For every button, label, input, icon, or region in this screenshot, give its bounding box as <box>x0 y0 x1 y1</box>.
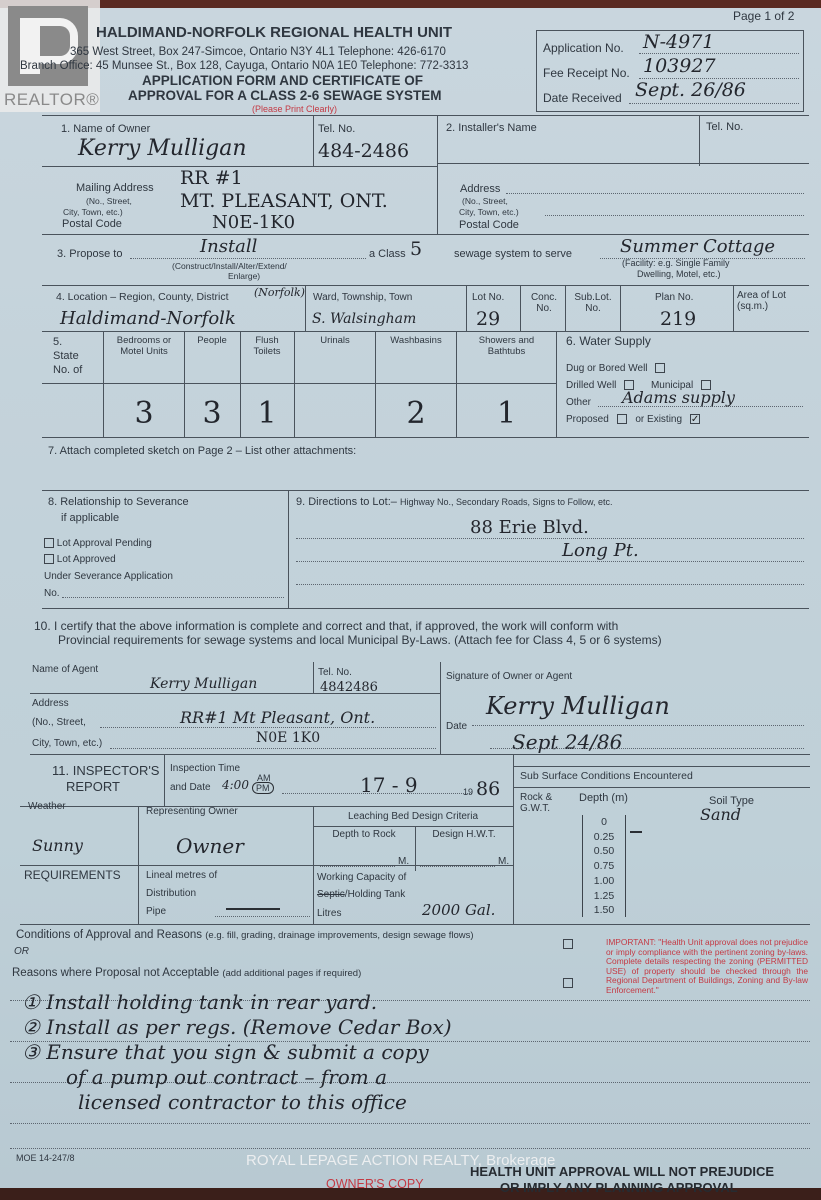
depth-tick-0: 0 <box>583 815 625 830</box>
propose-label: 3. Propose to <box>57 248 122 260</box>
showers-value[interactable]: 1 <box>459 396 554 431</box>
other-label: Other <box>566 397 591 408</box>
holding-tank-label: /Holding Tank <box>345 889 405 900</box>
agent-address-line1 <box>100 727 436 728</box>
owner-name-label: 1. Name of Owner <box>61 123 150 135</box>
depth-tick-075: 0.75 <box>583 859 625 874</box>
flush-toilets-label: Flush Toilets <box>243 335 291 357</box>
state-label: 5. State No. of <box>53 335 82 377</box>
main-address: 365 West Street, Box 247-Simcoe, Ontario… <box>70 46 446 58</box>
date-received-label: Date Received <box>543 91 622 105</box>
mailing-address-hint2: City, Town, etc.) <box>63 207 123 217</box>
depth-tick-100: 1.00 <box>583 874 625 889</box>
form-title-line2: APPROVAL FOR A CLASS 2-6 SEWAGE SYSTEM <box>128 88 442 103</box>
facility-hint1: (Facility: e.g. Single Family <box>622 258 730 268</box>
page-number: Page 1 of 2 <box>733 9 794 23</box>
under-severance-label: Under Severance Application <box>44 571 173 582</box>
depth-scale: 0 0.25 0.50 0.75 1.00 1.25 1.50 <box>583 815 625 918</box>
application-no-label: Application No. <box>543 41 624 55</box>
owner-tel-value[interactable]: 484-2486 <box>318 140 409 162</box>
agent-address-line2 <box>110 748 436 749</box>
agent-address-value1[interactable]: RR#1 Mt Pleasant, Ont. <box>180 708 375 727</box>
soil-type-value[interactable]: Sand <box>700 805 741 824</box>
conditions-approval-label: Conditions of Approval and Reasons (e.g.… <box>16 929 474 941</box>
lot-no-value[interactable]: 29 <box>476 308 500 330</box>
agent-address-hint2: City, Town, etc.) <box>32 738 102 749</box>
directions-line1[interactable] <box>296 538 804 539</box>
inspector-report-line1: 11. INSPECTOR'S <box>52 763 159 779</box>
litres-label: Litres <box>317 908 341 919</box>
serve-label: sewage system to serve <box>454 248 572 260</box>
installer-address-label: Address <box>460 183 500 195</box>
lineal-metres-line[interactable] <box>215 916 310 917</box>
dug-well-label: Dug or Bored Well <box>566 363 648 374</box>
application-no-line <box>639 53 799 54</box>
proposed-existing-option: Proposed or Existing <box>566 414 700 425</box>
depth-tick-125: 1.25 <box>583 889 625 904</box>
agent-address-label: Address <box>32 698 69 709</box>
class-value[interactable]: 5 <box>410 238 422 260</box>
weather-label: Weather <box>28 801 66 812</box>
ward-value[interactable]: S. Walsingham <box>312 311 416 327</box>
inspector-report-line2: REPORT <box>52 779 159 795</box>
or-label: OR <box>14 946 29 957</box>
signature-value[interactable]: Kerry Mulligan <box>486 692 670 720</box>
signature-line <box>472 725 804 726</box>
postal-code-value[interactable]: N0E-1K0 <box>212 212 295 233</box>
important-notice: IMPORTANT: "Health Unit approval does no… <box>606 938 808 995</box>
reasons-not-acceptable-checkbox[interactable] <box>563 978 573 988</box>
office-use-box: Application No. N-4971 Fee Receipt No. 1… <box>536 30 804 112</box>
agent-address-hint1: (No., Street, <box>32 717 86 728</box>
severance-label-line1: 8. Relationship to Severance <box>48 494 189 510</box>
owners-copy-label: OWNER'S COPY <box>326 1177 424 1191</box>
mailing-address-label: Mailing Address <box>76 182 154 194</box>
depth-tick-150: 1.50 <box>583 903 625 918</box>
plan-no-label: Plan No. <box>655 292 693 303</box>
org-name: HALDIMAND-NORFOLK REGIONAL HEALTH UNIT <box>96 24 452 41</box>
lineal-metres-label2: Distribution <box>146 888 196 899</box>
lineal-metres-value-dash <box>226 908 280 910</box>
note-3-cont1: of a pump out contract – from a <box>22 1065 452 1090</box>
notes-line4 <box>10 1123 810 1124</box>
people-label: People <box>186 335 238 346</box>
propose-hint2: Enlarge) <box>228 271 260 281</box>
agent-name-label: Name of Agent <box>32 664 98 675</box>
depth-tick-025: 0.25 <box>583 830 625 845</box>
certification-line2: Provincial requirements for sewage syste… <box>58 633 662 647</box>
lot-approved-label: Lot Approved <box>57 554 116 565</box>
severance-label-line2: if applicable <box>48 510 189 526</box>
installer-name-label: 2. Installer's Name <box>446 122 537 134</box>
depth-scale-right <box>625 815 626 917</box>
depth-tick-050: 0.50 <box>583 844 625 859</box>
branch-address: Branch Office: 45 Munsee St., Box 128, C… <box>20 60 468 72</box>
fee-receipt-label: Fee Receipt No. <box>543 66 630 80</box>
lineal-metres-label1: Lineal metres of <box>146 870 217 881</box>
disclaimer-line1: HEALTH UNIT APPROVAL WILL NOT PREJUDICE <box>470 1164 774 1179</box>
form-title-line1: APPLICATION FORM AND CERTIFICATE OF <box>142 73 423 88</box>
conditions-approval-text: Conditions of Approval and Reasons <box>16 929 202 941</box>
depth-to-rock-label: Depth to Rock <box>313 829 415 840</box>
design-hwt-line[interactable] <box>420 866 495 867</box>
representing-owner-value[interactable]: Owner <box>176 834 244 858</box>
inspection-date-label: and Date <box>170 782 211 793</box>
leaching-bed-label: Leaching Bed Design Criteria <box>313 811 513 822</box>
form-code: MOE 14-247/8 <box>16 1153 75 1163</box>
attachments-label: 7. Attach completed sketch on Page 2 – L… <box>48 445 356 457</box>
location-label: 4. Location – Region, County, District <box>56 291 229 303</box>
installer-tel-label: Tel. No. <box>706 121 743 133</box>
agent-tel-label: Tel. No. <box>318 667 352 678</box>
reasons-not-acceptable-label: Reasons where Proposal not Acceptable (a… <box>12 967 361 979</box>
notes-line5 <box>10 1148 810 1149</box>
facility-hint2: Dwelling, Motel, etc.) <box>637 269 721 279</box>
propose-line <box>130 258 366 259</box>
postal-code-label: Postal Code <box>62 218 122 230</box>
directions-line3[interactable] <box>296 584 804 585</box>
pm-label-circled: PM <box>252 782 274 794</box>
class-label: a Class <box>369 248 406 260</box>
realtor-logo-text: REALTOR® <box>4 90 99 110</box>
flush-toilets-value[interactable]: 1 <box>243 396 291 431</box>
area-of-lot-label: Area of Lot (sq.m.) <box>737 290 807 312</box>
capacity-label2: Septic/Holding Tank <box>317 889 405 900</box>
rock-gwt-label: Rock & G.W.T. <box>520 792 552 814</box>
capacity-value[interactable]: 2000 Gal. <box>422 901 495 919</box>
urinals-label: Urinals <box>297 335 373 346</box>
other-value[interactable]: Adams supply <box>622 388 735 407</box>
installer-city-line[interactable] <box>545 215 804 216</box>
severance-no-label: No. <box>44 588 60 599</box>
depth-to-rock-line[interactable] <box>320 866 395 867</box>
state-label-line3: No. of <box>53 363 82 377</box>
proposed-checkbox[interactable] <box>617 414 627 424</box>
location-district-note: (Norfolk) <box>254 286 305 299</box>
owner-name-value[interactable]: Kerry Mulligan <box>78 136 247 161</box>
representing-owner-label: Representing Owner <box>146 806 238 817</box>
sublot-no-label: Sub.Lot. No. <box>569 292 617 314</box>
lot-approval-pending-label: Lot Approval Pending <box>57 538 152 549</box>
bedrooms-label: Bedrooms or Motel Units <box>106 335 182 357</box>
rock-gwt-line2: G.W.T. <box>520 803 552 814</box>
agent-address-value2[interactable]: N0E 1K0 <box>256 730 320 746</box>
directions-value2: Long Pt. <box>562 540 639 561</box>
severance-label: 8. Relationship to Severance if applicab… <box>48 494 189 526</box>
installer-address-hint1: (No., Street, <box>462 196 508 206</box>
water-supply-label: 6. Water Supply <box>566 334 651 348</box>
date-received-value: Sept. 26/86 <box>635 79 746 101</box>
note-3: ③ Ensure that you sign & submit a copy <box>22 1040 452 1065</box>
state-label-line1: 5. <box>53 335 82 349</box>
lineal-metres-label3: Pipe <box>146 906 166 917</box>
agent-date-label: Date <box>446 721 467 732</box>
agent-date-line <box>490 748 804 749</box>
lot-approved-checkbox[interactable] <box>44 554 54 564</box>
agent-tel-value[interactable]: 4842486 <box>320 680 378 695</box>
form-subtitle: (Please Print Clearly) <box>252 104 337 114</box>
inspection-date-value[interactable]: 17 - 9 <box>360 773 418 797</box>
design-hwt-unit: M. <box>498 856 509 867</box>
lot-approved-option: Lot Approved <box>44 554 116 565</box>
agent-date-value[interactable]: Sept 24/86 <box>512 730 622 754</box>
disclaimer-line2: OR IMPLY ANY PLANNING APPROVAL <box>500 1180 738 1195</box>
drilled-well-label: Drilled Well <box>566 380 616 391</box>
existing-checkbox[interactable] <box>690 414 700 424</box>
depth-to-rock-unit: M. <box>398 856 409 867</box>
septic-struck: Septic <box>317 889 345 900</box>
mailing-address-line2[interactable]: MT. PLEASANT, ONT. <box>180 190 388 212</box>
mailing-address-hint1: (No., Street, <box>86 196 132 206</box>
application-no-value: N-4971 <box>643 31 714 53</box>
state-label-line2: State <box>53 349 82 363</box>
reasons-hint: (add additional pages if required) <box>222 968 361 979</box>
conditions-approval-hint: (e.g. fill, grading, drainage improvemen… <box>205 930 473 941</box>
year-prefix: 19 <box>463 787 473 797</box>
dug-well-checkbox[interactable] <box>655 363 665 373</box>
reasons-text: Reasons where Proposal not Acceptable <box>12 967 219 979</box>
year-value[interactable]: 86 <box>476 778 500 800</box>
subsurface-label: Sub Surface Conditions Encountered <box>520 770 693 782</box>
dug-well-option: Dug or Bored Well <box>566 363 665 374</box>
directions-hint: Highway No., Secondary Roads, Signs to F… <box>400 497 613 507</box>
existing-label: or Existing <box>635 414 682 425</box>
people-value[interactable]: 3 <box>186 396 238 431</box>
depth-marker <box>630 831 642 833</box>
installer-address-hint2: City, Town, etc.) <box>459 207 519 217</box>
requirements-label: REQUIREMENTS <box>24 868 121 882</box>
lot-approval-pending-checkbox[interactable] <box>44 538 54 548</box>
ward-label: Ward, Township, Town <box>313 292 412 303</box>
note-3-cont2: licensed contractor to this office <box>22 1090 452 1115</box>
conc-no-label: Conc. No. <box>526 292 562 314</box>
showers-label: Showers and Bathtubs <box>459 335 554 357</box>
directions-line2[interactable] <box>296 561 804 562</box>
lot-approval-pending-option: Lot Approval Pending <box>44 538 152 549</box>
plan-no-value[interactable]: 219 <box>660 308 696 330</box>
signature-label: Signature of Owner or Agent <box>446 671 572 682</box>
facility-value[interactable]: Summer Cottage <box>620 236 775 257</box>
bedrooms-value[interactable]: 3 <box>106 396 182 431</box>
installer-postal-label: Postal Code <box>459 219 519 231</box>
date-received-line <box>629 103 799 104</box>
directions-label-text: 9. Directions to Lot:– <box>296 496 397 508</box>
note-2: ② Install as per regs. (Remove Cedar Box… <box>22 1015 452 1040</box>
fee-receipt-value: 103927 <box>643 55 716 77</box>
lot-no-label: Lot No. <box>472 292 504 303</box>
inspector-report-label: 11. INSPECTOR'S REPORT <box>52 763 159 795</box>
washbasins-label: Washbasins <box>378 335 454 346</box>
certification-line1: 10. I certify that the above information… <box>34 619 618 633</box>
installer-address-line[interactable] <box>506 193 804 194</box>
rock-gwt-line1: Rock & <box>520 792 552 803</box>
note-1: ① Install holding tank in rear yard. <box>22 990 452 1015</box>
conditions-notes[interactable]: ① Install holding tank in rear yard. ② I… <box>22 990 452 1115</box>
mailing-address-line1[interactable]: RR #1 <box>180 167 243 189</box>
propose-hint1: (Construct/Install/Alter/Extend/ <box>172 261 287 271</box>
owner-tel-label: Tel. No. <box>318 123 355 135</box>
washbasins-value[interactable]: 2 <box>378 396 454 431</box>
severance-no-line[interactable] <box>62 597 284 598</box>
design-hwt-label: Design H.W.T. <box>415 829 513 840</box>
capacity-label1: Working Capacity of <box>317 872 406 883</box>
weather-value[interactable]: Sunny <box>32 836 83 855</box>
agent-name-value[interactable]: Kerry Mulligan <box>150 676 257 692</box>
conditions-approval-checkbox[interactable] <box>563 939 573 949</box>
location-region-value[interactable]: Haldimand-Norfolk <box>60 308 236 329</box>
depth-label: Depth (m) <box>579 792 628 804</box>
proposed-label: Proposed <box>566 414 609 425</box>
directions-label: 9. Directions to Lot:– Highway No., Seco… <box>296 496 613 508</box>
propose-action-value[interactable]: Install <box>200 236 257 257</box>
inspection-time-label: Inspection Time <box>170 763 240 774</box>
directions-value1: 88 Erie Blvd. <box>470 517 589 538</box>
inspection-time-value[interactable]: 4:00 <box>222 778 249 792</box>
